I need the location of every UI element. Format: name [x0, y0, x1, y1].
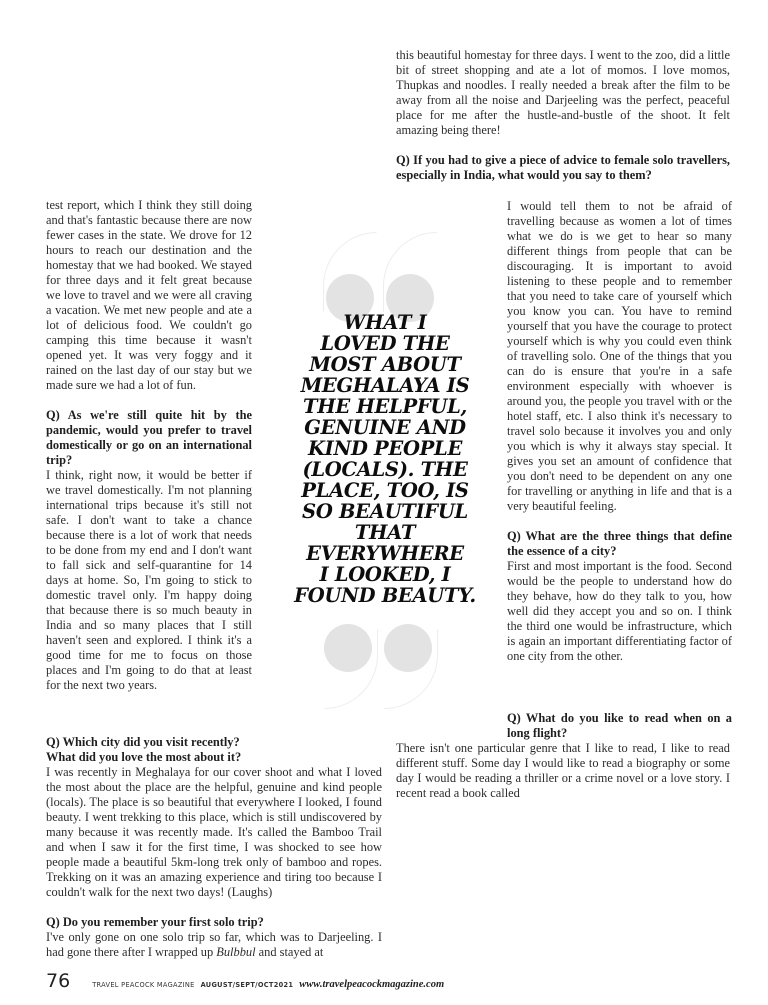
pull-quote-line: kind people — [278, 438, 492, 459]
answer-domestic-travel: I think, right now, it would be better i… — [46, 468, 252, 693]
pull-quote-line: loved the — [278, 333, 492, 354]
pull-quote-line: What I — [278, 312, 492, 333]
answer-advice: I would tell them to not be afraid of tr… — [507, 199, 732, 514]
pull-quote-line: so beautiful — [278, 501, 492, 522]
question-recent-city-line1: Q) Which city did you visit recently? — [46, 735, 382, 750]
right-middle-column: I would tell them to not be afraid of tr… — [507, 199, 732, 664]
website-link[interactable]: www.travelpeacockmagazine.com — [299, 979, 444, 990]
right-bottom-column: There isn't one particular genre that I … — [396, 741, 730, 801]
pull-quote-line: the helpful, — [278, 396, 492, 417]
pull-quote-line: most about — [278, 354, 492, 375]
magazine-name: TRAVEL PEACOCK MAGAZINE — [92, 981, 194, 989]
pull-quote-line: found beauty. — [278, 585, 492, 606]
pull-quote-line: Meghalaya is — [278, 375, 492, 396]
issue-date-text: AUGUST/SEPT/OCT2021 — [201, 981, 294, 989]
paragraph-darjeeling-continued: this beautiful homestay for three days. … — [396, 48, 730, 138]
left-column: test report, which I think they still do… — [46, 198, 252, 693]
pull-quote-line: I looked, I — [278, 564, 492, 585]
answer-first-solo-trip-text: I've only gone on one solo trip so far, … — [46, 930, 382, 959]
question-first-solo-trip: Q) Do you remember your first solo trip? — [46, 915, 382, 930]
page-footer: 76 TRAVEL PEACOCK MAGAZINE AUGUST/SEPT/O… — [46, 970, 444, 992]
close-quote-icon — [324, 624, 454, 719]
pull-quote-line: that — [278, 522, 492, 543]
pull-quote-line: (locals). The — [278, 459, 492, 480]
answer-long-flight-reading: There isn't one particular genre that I … — [396, 741, 730, 801]
left-wide-column: Q) Which city did you visit recently? Wh… — [46, 735, 382, 960]
question-essence-of-city: Q) What are the three things that define… — [507, 529, 732, 559]
film-title: Bulbbul — [216, 945, 255, 959]
right-column-top: this beautiful homestay for three days. … — [396, 48, 730, 183]
answer-meghalaya: I was recently in Meghalaya for our cove… — [46, 765, 382, 900]
issue-date: AUGUST/SEPT/OCT2021 — [201, 981, 294, 989]
paragraph-test-report-continued: test report, which I think they still do… — [46, 198, 252, 393]
question-domestic-or-international: Q) As we're still quite hit by the pande… — [46, 408, 252, 468]
page-number: 76 — [46, 970, 70, 992]
question-advice-female-travellers: Q) If you had to give a piece of advice … — [396, 153, 730, 183]
answer-first-solo-trip: I've only gone on one solo trip so far, … — [46, 930, 382, 960]
answer-essence-of-city: First and most important is the food. Se… — [507, 559, 732, 664]
right-question-reading: Q) What do you like to read when on a lo… — [507, 711, 732, 741]
question-recent-city-line2: What did you love the most about it? — [46, 750, 382, 765]
answer-first-solo-trip-end: and stayed at — [256, 945, 324, 959]
pull-quote: What I loved the most about Meghalaya is… — [278, 312, 492, 606]
pull-quote-line: everywhere — [278, 543, 492, 564]
pull-quote-line: place, too, is — [278, 480, 492, 501]
pull-quote-line: genuine and — [278, 417, 492, 438]
question-long-flight-reading: Q) What do you like to read when on a lo… — [507, 711, 732, 741]
open-quote-icon — [326, 228, 456, 323]
